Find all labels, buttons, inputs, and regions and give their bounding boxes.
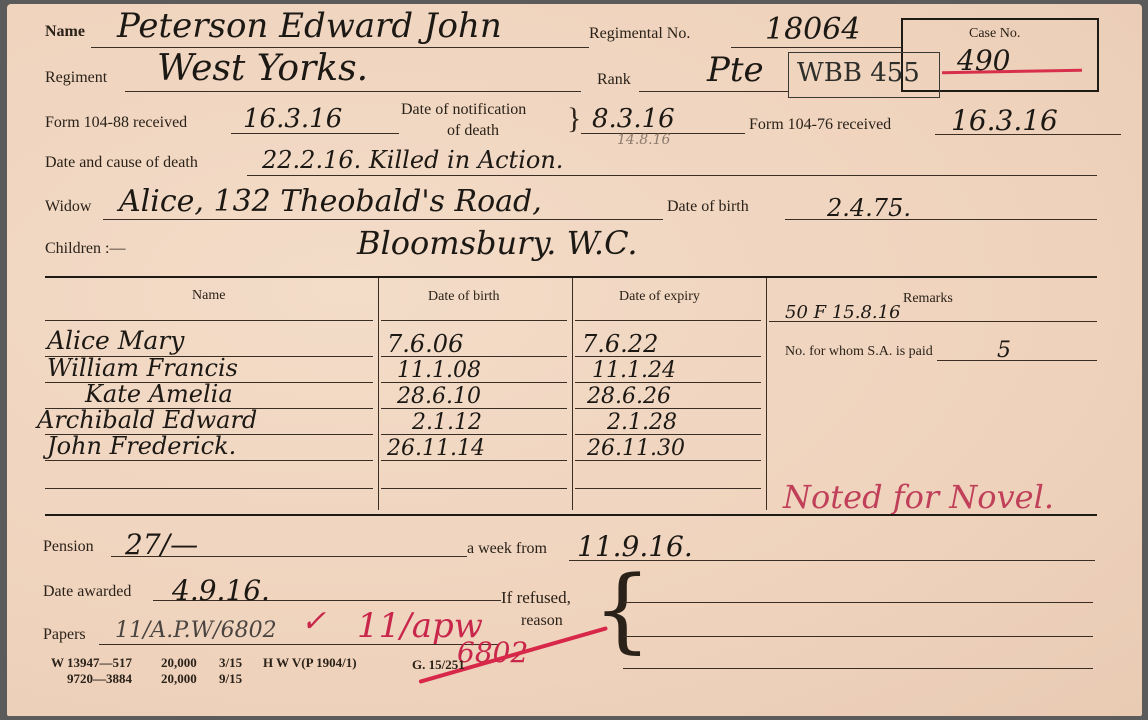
child-dob: 28.6.10: [397, 384, 481, 409]
noted-annotation: Noted for Novel.: [783, 478, 1054, 516]
rank-label: Rank: [597, 71, 631, 89]
regimental-no-underline: [731, 47, 901, 48]
child-dob: 2.1.12: [412, 410, 482, 435]
notification-pencil-note: 14.8.16: [617, 132, 670, 148]
col-header-name: Name: [192, 288, 225, 304]
rank-value: Pte: [707, 50, 764, 90]
widow-underline: [103, 219, 663, 220]
child-name: Alice Mary: [47, 326, 184, 355]
death-underline: [247, 175, 1097, 176]
regimental-no-label: Regimental No.: [589, 25, 690, 43]
rule: [381, 488, 567, 489]
death-label: Date and cause of death: [45, 154, 198, 172]
form-104-88-label: Form 104-88 received: [45, 114, 187, 132]
notification-brace: }: [567, 102, 581, 136]
child-name: Kate Amelia: [85, 380, 233, 408]
footer-code-1: W 13947—517: [51, 655, 132, 671]
widow-label: Widow: [45, 198, 91, 216]
child-expiry: 11.1.24: [592, 358, 676, 383]
child-expiry: 2.1.28: [607, 410, 677, 435]
col-divider-1: [378, 278, 379, 510]
footer-g-code: G. 15/251: [412, 657, 465, 673]
sa-label: No. for whom S.A. is paid: [785, 344, 933, 360]
rule: [381, 320, 567, 321]
table-bottom-rule: [45, 514, 1097, 516]
regiment-value: West Yorks.: [157, 48, 368, 89]
child-name: William Francis: [47, 354, 238, 382]
child-expiry: 28.6.26: [587, 384, 671, 409]
form-104-76-value: 16.3.16: [951, 104, 1058, 137]
col-divider-3: [766, 278, 767, 510]
refused-label-2: reason: [521, 612, 563, 630]
refused-brace: {: [593, 564, 652, 656]
sa-value: 5: [997, 338, 1011, 363]
refused-line-2: [623, 636, 1093, 637]
case-no-label: Case No.: [969, 26, 1020, 42]
footer-date-1: 3/15: [219, 655, 242, 671]
name-label: Name: [45, 23, 85, 41]
footer-qty-2: 20,000: [161, 671, 197, 687]
child-name: Archibald Edward: [37, 406, 257, 434]
refused-label: If refused,: [501, 588, 571, 608]
regiment-underline: [125, 91, 581, 92]
refused-line-1: [623, 602, 1093, 603]
pension-label: Pension: [43, 538, 94, 556]
footer-date-2: 9/15: [219, 671, 242, 687]
child-dob: 11.1.08: [397, 358, 481, 383]
rule: [45, 460, 373, 461]
widow-dob-label: Date of birth: [667, 198, 749, 216]
form-104-76-label: Form 104-76 received: [749, 116, 891, 134]
children-label: Children :—: [45, 240, 125, 258]
death-value: 22.2.16. Killed in Action.: [262, 146, 563, 174]
remarks-value: 50 F 15.8.16: [785, 302, 901, 323]
widow-dob-value: 2.4.75.: [827, 194, 911, 222]
rule: [45, 488, 373, 489]
papers-value: 11/A.P.W/6802: [115, 618, 277, 643]
notification-label-2: of death: [447, 122, 499, 140]
footer-qty-1: 20,000: [161, 655, 197, 671]
week-from-label: a week from: [467, 540, 547, 558]
col-header-dob: Date of birth: [428, 289, 500, 305]
widow-value: Alice, 132 Theobald's Road,: [119, 184, 542, 219]
child-expiry: 26.11.30: [587, 436, 685, 461]
form-104-88-value: 16.3.16: [243, 104, 342, 134]
rule: [575, 320, 761, 321]
child-dob: 26.11.14: [387, 436, 485, 461]
refused-line-3: [623, 668, 1093, 669]
footer-code-2: 9720—3884: [67, 671, 132, 687]
rank-underline: [639, 91, 789, 92]
child-name: John Frederick.: [47, 432, 236, 460]
rule: [575, 488, 761, 489]
stamp-value: WBB 455: [797, 58, 920, 88]
notification-label: Date of notification: [401, 101, 526, 119]
papers-label: Papers: [43, 626, 86, 644]
name-value: Peterson Edward John: [117, 6, 502, 46]
tick-icon: ✓: [301, 604, 326, 639]
widow-address-2: Bloomsbury. W.C.: [357, 224, 638, 262]
child-dob: 7.6.06: [387, 330, 463, 358]
pension-record-card: Name Peterson Edward John Regimental No.…: [7, 4, 1142, 716]
col-divider-2: [572, 278, 573, 510]
col-header-expiry: Date of expiry: [619, 289, 700, 305]
notification-value: 8.3.16: [592, 104, 675, 134]
rule: [45, 320, 373, 321]
sa-underline: [937, 360, 1097, 361]
date-awarded-value: 4.9.16.: [172, 574, 270, 607]
pension-value: 27/—: [125, 528, 198, 561]
col-header-remarks: Remarks: [903, 291, 953, 307]
table-top-rule: [45, 276, 1097, 278]
regimental-no-value: 18064: [765, 12, 860, 47]
regiment-label: Regiment: [45, 69, 107, 87]
footer-hwv: H W V(P 1904/1): [263, 655, 357, 671]
child-expiry: 7.6.22: [582, 330, 658, 358]
date-awarded-label: Date awarded: [43, 583, 131, 601]
